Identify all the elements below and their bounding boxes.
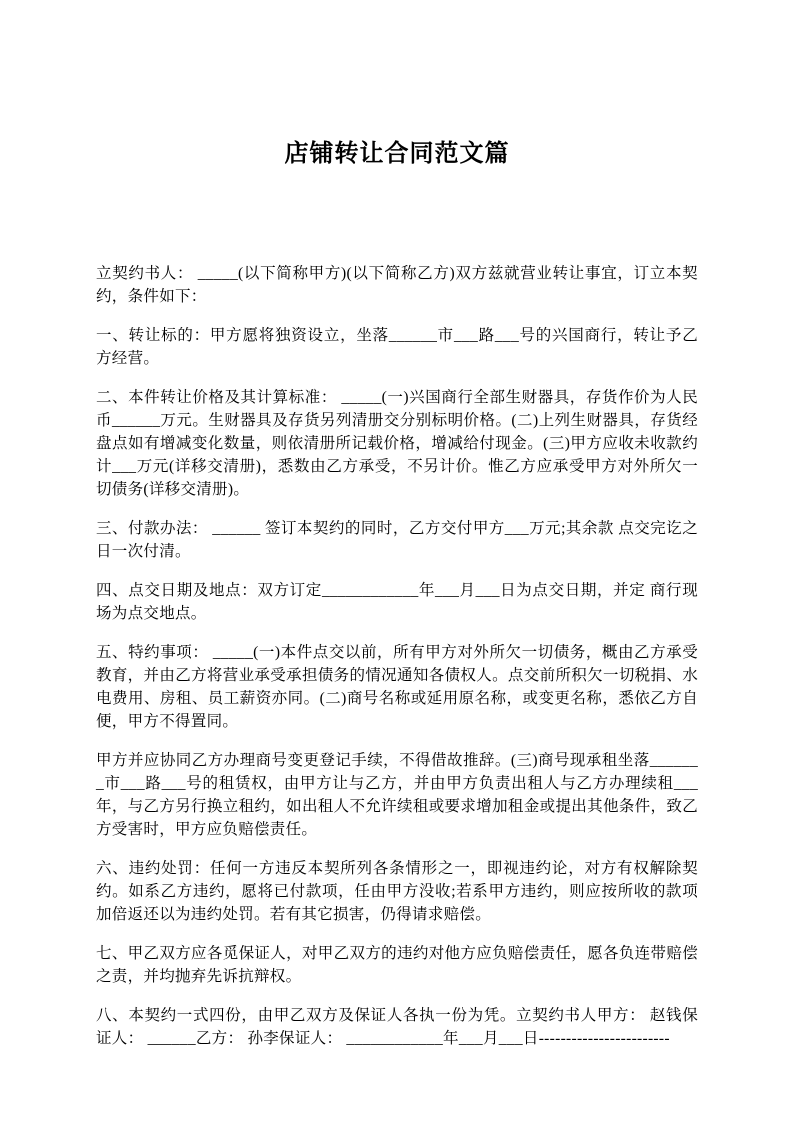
document-title: 店铺转让合同范文篇 (96, 140, 698, 168)
clause-2-price-and-calculation: 二、本件转让价格及其计算标准： _____(一)兴国商行全部生财器具，存货作价为… (96, 386, 698, 501)
clause-1-transfer-subject: 一、转让标的：甲方愿将独资设立，坐落______市___路___号的兴国商行，转… (96, 324, 698, 370)
clause-3-payment-method: 三、付款办法： ______ 签订本契约的同时，乙方交付甲方___万元;其余款 … (96, 517, 698, 563)
contract-document-page: 店铺转让合同范文篇 立契约书人： _____(以下简称甲方)(以下简称乙方)双方… (0, 0, 793, 1122)
clause-5-special-terms-continued: 甲方并应协同乙方办理商号变更登记手续，不得借故推辞。(三)商号现承租坐落____… (96, 749, 698, 841)
clause-7-guarantors: 七、甲乙双方应各觅保证人，对甲乙双方的违约对他方应负赔偿责任，愿各负连带赔偿之责… (96, 942, 698, 988)
intro-clause: 立契约书人： _____(以下简称甲方)(以下简称乙方)双方兹就营业转让事宜，订… (96, 262, 698, 308)
clause-4-handover-date-location: 四、点交日期及地点：双方订定____________年___月___日为点交日期… (96, 579, 698, 625)
clause-8-copies-and-signatures: 八、本契约一式四份，由甲乙双方及保证人各执一份为凭。立契约书人甲方： 赵钱保证人… (96, 1004, 698, 1050)
clause-6-breach-penalty: 六、违约处罚：任何一方违反本契所列各条情形之一，即视违约论，对方有权解除契约。如… (96, 857, 698, 926)
clause-5-special-terms: 五、特约事项： _____(一)本件点交以前，所有甲方对外所欠一切债务，概由乙方… (96, 641, 698, 733)
